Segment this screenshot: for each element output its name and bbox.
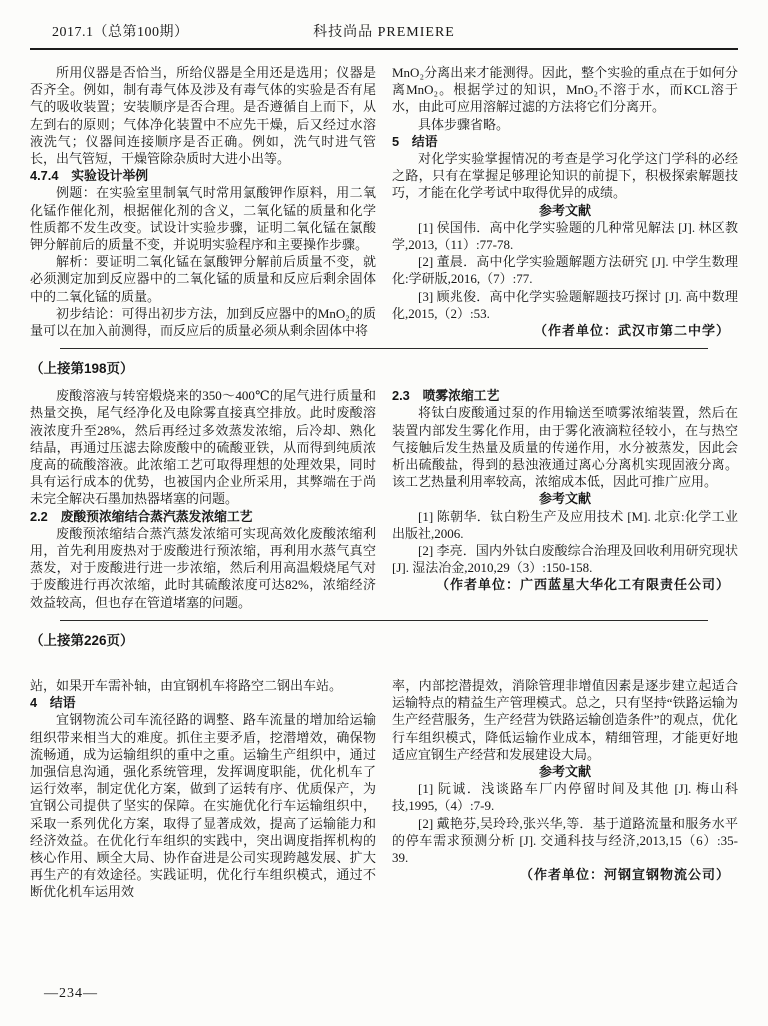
paragraph: 废酸溶液与转窑煅烧来的350～400℃的尾气进行质量和热量交换，尾气经净化及电除… [30,387,376,507]
section-heading: 2.3 喷雾浓缩工艺 [392,387,738,404]
journal-page: 2017.1（总第100期） 科技尚品 PREMIERE 所用仪器是否恰当，所给… [0,0,768,1026]
reference-item: [2] 戴艳芬,吴玲玲,张兴华,等．基于道路流量和服务水平的停车需求预测分析 [… [392,815,738,867]
page-number: —234— [44,986,98,1002]
section-divider [60,620,708,621]
section-heading: 5 结语 [392,133,738,150]
article-2-right-column: 2.3 喷雾浓缩工艺 将钛白废酸通过泵的作用输送至喷雾浓缩装置，然后在装置内部发… [392,387,738,611]
paragraph: 站，如果开车需补轴，由宜钢机车将路空二钢出车站。 [30,677,376,694]
article-2-left-column: 废酸溶液与转窑煅烧来的350～400℃的尾气进行质量和热量交换，尾气经净化及电除… [30,387,376,611]
paragraph: 所用仪器是否恰当，所给仪器是全用还是选用；仪器是否齐全。例如，制有毒气体及涉及有… [30,64,376,167]
paragraph: 将钛白废酸通过泵的作用输送至喷雾浓缩装置，然后在装置内部发生雾化作用，由于雾化液… [392,404,738,490]
references-title: 参考文献 [392,490,738,507]
section-divider [60,348,708,349]
reference-item: [1] 侯国伟．高中化学实验题的几种常见解法 [J]. 林区教学,2013,（1… [392,219,738,253]
continuation-note: （上接第226页） [30,629,738,649]
article-1-right-column: MnO₂分离出来才能测得。因此，整个实验的重点在于如何分离MnO₂。根据学过的知… [392,64,738,339]
article-3: （上接第226页） 站，如果开车需补轴，由宜钢机车将路空二钢出车站。 4 结语 … [30,629,738,901]
article-1-left-column: 所用仪器是否恰当，所给仪器是全用还是选用；仪器是否齐全。例如，制有毒气体及涉及有… [30,64,376,339]
paragraph: 宜钢物流公司车流径路的调整、路车流量的增加给运输组织带来相当大的难度。抓住主要矛… [30,711,376,900]
page-content: 所用仪器是否恰当，所给仪器是全用还是选用；仪器是否齐全。例如，制有毒气体及涉及有… [0,64,768,901]
continuation-note: （上接第198页） [30,357,738,377]
section-heading: 2.2 废酸预浓缩结合蒸汽蒸发浓缩工艺 [30,508,376,525]
article-3-columns: 站，如果开车需补轴，由宜钢机车将路空二钢出车站。 4 结语 宜钢物流公司车流径路… [30,677,738,901]
reference-item: [1] 阮诚．浅谈路车厂内停留时间及其他 [J]. 梅山科技,1995,（4）:… [392,780,738,814]
reference-item: [2] 董晨．高中化学实验题解题方法研究 [J]. 中学生数理化:学研版,201… [392,253,738,287]
page-header: 2017.1（总第100期） 科技尚品 PREMIERE [30,0,738,50]
paragraph: 率，内部挖潜提效，消除管理非增值因素是逐步建立起适合运输特点的精益生产管理模式。… [392,677,738,763]
author-affiliation: （作者单位：河钢宣钢物流公司） [392,866,738,883]
author-affiliation: （作者单位：武汉市第二中学） [392,322,738,339]
article-3-right-column: 率，内部挖潜提效，消除管理非增值因素是逐步建立起适合运输特点的精益生产管理模式。… [392,677,738,901]
reference-item: [2] 李亮．国内外钛白废酸综合治理及回收利用研究现状 [J]. 湿法冶金,20… [392,542,738,576]
reference-item: [1] 陈朝华．钛白粉生产及应用技术 [M]. 北京:化学工业出版社,2006. [392,508,738,542]
paragraph: 初步结论：可得出初步方法，加到反应器中的MnO₂的质量可以在加入前测得，而反应后… [30,305,376,339]
paragraph: 例题：在实验室里制氧气时常用氯酸钾作原料，用二氧化锰作催化剂，根据催化剂的含义，… [30,184,376,253]
section-heading: 4 结语 [30,694,376,711]
reference-item: [3] 顾兆俊．高中化学实验题解题技巧探讨 [J]. 高中数理化,2015,（2… [392,288,738,322]
paragraph: 废酸预浓缩结合蒸汽蒸发浓缩可实现高效化废酸浓缩利用，首先利用废热对于废酸进行预浓… [30,525,376,611]
paragraph: 解析：要证明二氧化锰在氯酸钾分解前后质量不变，就必须测定加到反应器中的二氧化锰的… [30,253,376,305]
article-1: 所用仪器是否恰当，所给仪器是全用还是选用；仪器是否齐全。例如，制有毒气体及涉及有… [30,64,738,339]
article-3-left-column: 站，如果开车需补轴，由宜钢机车将路空二钢出车站。 4 结语 宜钢物流公司车流径路… [30,677,376,901]
paragraph: MnO₂分离出来才能测得。因此，整个实验的重点在于如何分离MnO₂。根据学过的知… [392,64,738,116]
paragraph: 对化学实验掌握情况的考查是学习化学这门学科的必经之路，只有在掌握足够理论知识的前… [392,150,738,202]
paragraph: 具体步骤省略。 [392,116,738,133]
references-title: 参考文献 [392,202,738,219]
section-heading: 4.7.4 实验设计举例 [30,167,376,184]
article-1-columns: 所用仪器是否恰当，所给仪器是全用还是选用；仪器是否齐全。例如，制有毒气体及涉及有… [30,64,738,339]
references-title: 参考文献 [392,763,738,780]
article-2: （上接第198页） 废酸溶液与转窑煅烧来的350～400℃的尾气进行质量和热量交… [30,357,738,611]
article-2-columns: 废酸溶液与转窑煅烧来的350～400℃的尾气进行质量和热量交换，尾气经净化及电除… [30,387,738,611]
journal-title: 科技尚品 PREMIERE [30,21,738,41]
author-affiliation: （作者单位：广西蓝星大华化工有限责任公司） [392,576,738,593]
